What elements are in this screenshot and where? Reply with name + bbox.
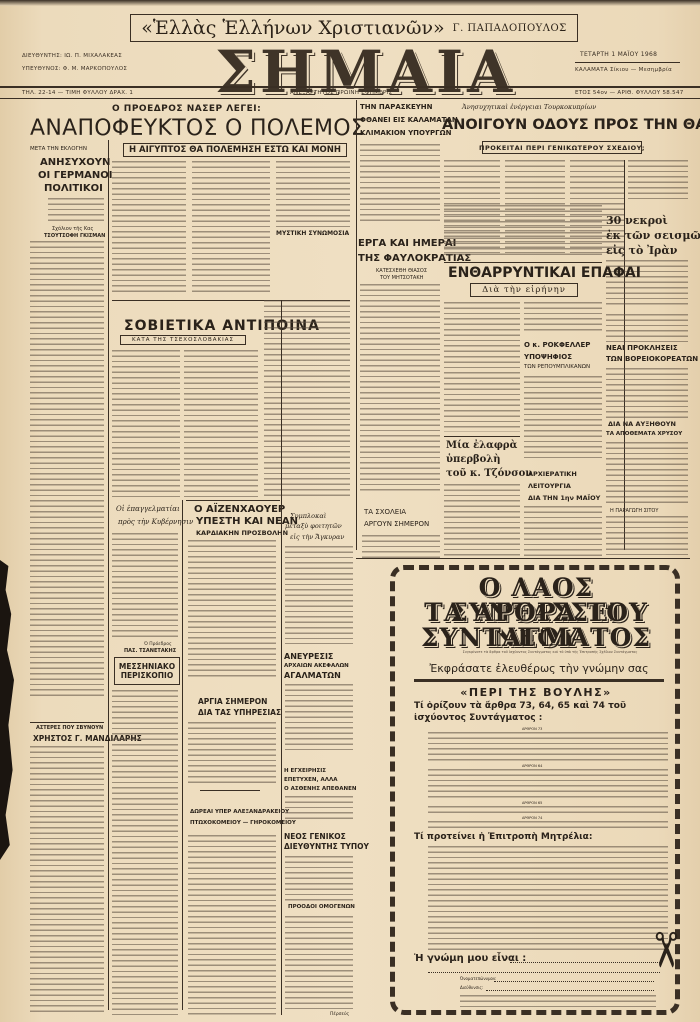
editor: ΥΠΕΥΘΥΝΟΣ: Φ. Μ. ΜΑΡΚΟΠΟΥΛΟΣ: [22, 66, 127, 72]
rockefeller-headline-3: ΤΩΝ ΡΕΠΟΥΜΠΛΙΚΑΝΩΝ: [524, 364, 590, 370]
mystic-headline: ΜΥΣΤΙΚΗ ΣΥΝΩΜΟΣΙΑ: [276, 230, 349, 237]
iran-headline-1: 30 νεκροὶ: [606, 214, 668, 227]
germans-intro: [48, 198, 104, 224]
contacts-subhead: Διὰ τὴν εἰρήνην: [482, 285, 566, 295]
advert-article-65: ΑΡΘΡΟΝ 65: [522, 801, 542, 805]
messinian-headline-1: ΜΕΣΣΗΝΙΑΚΟ: [119, 662, 175, 671]
germans-headline-2: ΟΙ ΓΕΡΜΑΝΟΙ: [38, 170, 113, 181]
statues-headline-3: ΑΓΑΛΜΑΤΩΝ: [284, 671, 341, 680]
turkish-column-4: [628, 160, 688, 200]
contacts-subhead-box: Διὰ τὴν εἰρήνην: [470, 283, 578, 297]
advert-article-65-text: [428, 806, 668, 814]
press-director-headline-1: ΝΕΟΣ ΓΕΝΙΚΟΣ: [284, 832, 346, 841]
soviet-subhead: ΚΑΤΑ ΤΗΣ ΤΣΕΧΟΣΛΟΒΑΚΙΑΣ: [132, 337, 234, 343]
professionals-headline-1: Οἱ ἐπαγγελματίαι: [116, 505, 180, 513]
holiday-headline-2: ΔΙΑ ΤΑΣ ΥΠΗΡΕΣΙΑΣ: [198, 708, 281, 717]
advert-article-73: ΑΡΘΡΟΝ 73: [522, 727, 542, 731]
donations-body: [188, 835, 276, 1015]
rockefeller-headline-1: Ο κ. ΡΟΚΦΕΛΛΕΡ: [524, 341, 590, 349]
turkish-headline: ΑΝΟΙΓΟΥΝ ΟΔΟΥΣ ΠΡΟΣ ΤΗΝ ΘΑΛΑΣΣΑΝ: [442, 117, 700, 133]
date-rule: [575, 62, 680, 63]
kalamata-body: [360, 144, 440, 224]
favoritism-subhead-2: ΤΟΥ ΜΗΤΣΟΤΑΚΗ: [380, 275, 423, 281]
statues-headline-2: ΑΡΧΑΙΩΝ ΑΚΕΦΑΛΩΝ: [284, 663, 349, 669]
progress-body: [285, 916, 353, 1011]
statues-headline-1: ΑΝΕΥΡΕΣΙΣ: [284, 652, 333, 661]
lead-headline: ΑΝΑΠΟΦΕΥΚΤΟΣ Ο ΠΟΛΕΜΟΣ: [30, 117, 365, 141]
favoritism-subhead-1: ΚΑΤΕΣΧΕΘΗ ΘΙΑΣΟΣ: [376, 268, 427, 274]
advert-article-74-text: [428, 821, 668, 829]
iran-headline-2: ἐκ τῶν σεισμῶν: [606, 229, 700, 242]
surgery-headline-2: ΕΠΕΤΥΧΕΝ, ΑΛΛΑ: [284, 777, 337, 783]
column-divider-3: [281, 300, 282, 1015]
advert-intro: Συγκρίνατε τὰ ἄρθρα τοῦ ἰσχύοντος Συντάγ…: [450, 650, 650, 655]
turkish-continued: [444, 205, 602, 259]
rockefeller-body: [524, 376, 602, 458]
students-body: [285, 546, 353, 644]
eisenhower-headline-1: Ο ΑΪΖΕΝΧΑΟΥΕΡ: [194, 504, 285, 515]
soviet-column-1: [112, 350, 180, 498]
obituary-body: [30, 746, 104, 1014]
advert-instructions: [460, 995, 656, 1009]
lead-column-3: [276, 161, 350, 227]
advert-cta-rule: [414, 679, 664, 682]
advert-article-64: ΑΡΘΡΟΝ 64: [522, 764, 542, 768]
germans-byline-1: Σχόλιον τῆς Κας: [52, 226, 93, 232]
eisenhower-headline-2: ΥΠΕΣΤΗ ΚΑΙ ΝΕΑΝ: [196, 516, 298, 527]
soviet-column-2: [184, 350, 258, 498]
lead-subhead-box: Η ΑΙΓΥΠΤΟΣ ΘΑ ΠΟΛΕΜΗΣΗ ΕΣΤΩ ΚΑΙ ΜΟΝΗ: [123, 143, 347, 157]
johnson-body: [444, 484, 520, 556]
contacts-column-2: [524, 302, 602, 332]
slogan-signature: Γ. ΠΑΠΑΔΟΠΟΥΛΟΣ: [453, 23, 567, 34]
surgery-headline-1: Η ΕΓΧΕΙΡΗΣΙΣ: [284, 768, 326, 774]
column-divider-4: [356, 100, 357, 550]
schools-body: [362, 535, 440, 559]
phone-price: ΤΗΛ. 22-14 — ΤΙΜΗ ΦΥΛΛΟΥ ΔΡΑΧ. 1: [22, 90, 133, 96]
advert-proposal-text: [428, 846, 668, 951]
students-headline-2: μεταξὺ φοιτητῶν: [285, 522, 342, 530]
germans-kicker: ΜΕΤΑ ΤΗΝ ΕΚΛΟΓΗΝ: [30, 146, 87, 152]
mystic-body: [264, 300, 350, 500]
eisenhower-rule: [186, 500, 280, 501]
tagline: ΑΝΕΞΑΡΤΗΤΟΣ ΠΡΩΙΝΗ ΕΦΗΜΕΡΙΣ: [290, 90, 392, 96]
wheat-headline: Η ΠΑΡΑΓΩΓΗ ΣΙΤΟΥ: [610, 508, 658, 514]
schools-headline-1: ΤΑ ΣΧΟΛΕΙΑ: [364, 508, 406, 516]
wheat-body: [606, 314, 688, 342]
eisenhower-headline-3: ΚΑΡΔΙΑΚΗΝ ΠΡΟΣΒΟΛΗΝ: [196, 529, 288, 537]
korea-headline-1: ΝΕΑΙ ΠΡΟΚΛΗΣΕΙΣ: [606, 344, 678, 352]
johnson-headline-3: τοῦ κ. Τζόνσον: [446, 468, 532, 479]
liturgy-body: [524, 506, 602, 556]
page-top-edge: [0, 0, 700, 6]
issue-number: ΕΤΟΣ 54ον — ΑΡΙΘ. ΦΥΛΛΟΥ 58.547: [575, 90, 684, 96]
advert-title-3: ΣΥΝΤΑΓΜΑΤΟΣ: [398, 625, 674, 650]
advert-article-74: ΑΡΘΡΟΝ 74: [522, 816, 542, 820]
johnson-headline-1: Μία ἐλαφρὰ: [446, 440, 517, 451]
gold-body: [606, 442, 688, 504]
turkish-subhead-box: ΠΡΟΚΕΙΤΑΙ ΠΕΡΙ ΓΕΝΙΚΩΤΕΡΟΥ ΣΧΕΔΙΟΥ;: [482, 141, 642, 154]
issue-date: ΤΕΤΑΡΤΗ 1 ΜΑΪΟΥ 1968: [580, 51, 657, 58]
favoritism-body: [360, 284, 440, 494]
eisenhower-body: [188, 540, 276, 680]
gold-headline-1: ΔΙΑ ΝΑ ΑΥΞΗΘΟΥΝ: [608, 420, 676, 428]
statues-body: [285, 684, 353, 754]
advert-name-label: Ὀνοματεπώνυμον:: [460, 976, 497, 981]
advert-question-2: ἰσχύοντος Συντάγματος :: [414, 713, 542, 723]
address-field[interactable]: [486, 990, 654, 991]
professionals-signature: ΠΑΣ. ΤΣΑΝΕΤΑΚΗΣ: [124, 648, 176, 654]
advert-proposal: Τί προτείνει ἡ Ἐπιτροπὴ Μητρέλια:: [414, 832, 592, 842]
location: ΚΑΛΑΜΑΤΑ Σίκιου — Μεσημβρία: [575, 67, 672, 73]
professionals-signature-label: Ὁ Πρόεδρος: [144, 642, 172, 647]
donations-headline-1: ΔΩΡΕΑΙ ΥΠΕΡ ΑΛΕΞΑΝΔΡΑΚΕΙΟΥ: [190, 809, 289, 815]
messinian-headline-2: ΠΕΡΙΣΚΟΠΙΟ: [121, 671, 173, 680]
wheat-body-2: [606, 516, 688, 556]
lead-kicker: Ο ΠΡΟΕΔΡΟΣ ΝΑΣΕΡ ΛΕΓΕΙ:: [112, 104, 261, 114]
advert-article-64-text: [428, 769, 668, 799]
director: ΔΙΕΥΘΥΝΤΗΣ: ΙΩ. Π. ΜΙΧΑΛΑΚΕΑΣ: [22, 53, 122, 59]
progress-headline: ΠΡΟΟΔΟΙ ΟΜΟΓΕΝΩΝ: [288, 904, 355, 910]
obituary-rule: [30, 722, 104, 723]
lead-subhead: Η ΑΙΓΥΠΤΟΣ ΘΑ ΠΟΛΕΜΗΣΗ ΕΣΤΩ ΚΑΙ ΜΟΝΗ: [129, 145, 341, 155]
schools-headline-2: ΑΡΓΟΥΝ ΣΗΜΕΡΟΝ: [364, 520, 429, 528]
press-director-body: [285, 856, 353, 904]
contacts-rule: [444, 262, 602, 263]
soviet-subhead-box: ΚΑΤΑ ΤΗΣ ΤΣΕΧΟΣΛΟΒΑΚΙΑΣ: [120, 335, 246, 345]
column-divider-1: [108, 140, 109, 1010]
lead-column-1: [112, 161, 186, 296]
lead-column-2: [192, 161, 270, 296]
donations-headline-2: ΠΤΩΧΟΚΟΜΕΙΟΥ — ΓΗΡΟΚΟΜΕΙΟΥ: [190, 820, 296, 826]
obituary-kicker: ΑΣΤΕΡΕΣ ΠΟΥ ΣΒΥΝΟΥΝ: [36, 725, 103, 731]
turkish-kicker: Ἀνησυχητικαὶ ἐνέργειαι Τουρκοκυπρίων: [462, 103, 596, 111]
header-rule-2: [0, 98, 700, 99]
contacts-column-1: [444, 302, 520, 432]
korea-body: [606, 368, 688, 418]
progress-signature: Πέρσεύς: [330, 1012, 349, 1017]
gold-headline-2: ΤΑ ΑΠΟΘΕΜΑΤΑ ΧΡΥΣΟΥ: [606, 431, 682, 437]
iran-headline-3: εἰς τὸ Ἰρὰν: [606, 244, 677, 257]
germans-byline-2: ΤΣΟΥΤΣΟΦΗ ΓΚΙΣΜΑΝ: [44, 233, 105, 239]
korea-headline-2: ΤΩΝ ΒΟΡΕΙΟΚΟΡΕΑΤΩΝ: [606, 355, 698, 363]
opinion-line-2[interactable]: [428, 972, 660, 973]
advert-address-label: Διεύθυνσις:: [460, 985, 483, 990]
students-headline-1: Συμπλοκαὶ: [290, 512, 326, 520]
liturgy-headline-2: ΛΕΙΤΟΥΡΓΙΑ: [528, 482, 571, 490]
advert-question-1: Τί ὁρίζουν τὰ ἄρθρα 73, 64, 65 καὶ 74 το…: [414, 701, 626, 711]
turkish-subhead: ΠΡΟΚΕΙΤΑΙ ΠΕΡΙ ΓΕΝΙΚΩΤΕΡΟΥ ΣΧΕΔΙΟΥ;: [479, 144, 645, 152]
kalamata-headline-1: ΤΗΝ ΠΑΡΑΣΚΕΥΗΝ: [360, 103, 433, 111]
surgery-headline-3: Ο ΑΣΘΕΝΗΣ ΑΠΕΘΑΝΕΝ: [284, 786, 356, 792]
advert-section: «ΠΕΡΙ ΤΗΣ ΒΟΥΛΗΣ»: [398, 686, 674, 699]
rockefeller-headline-2: ΥΠΟΨΗΦΙΟΣ: [524, 353, 572, 361]
messinian-box: ΜΕΣΣΗΝΙΑΚΟ ΠΕΡΙΣΚΟΠΙΟ: [114, 657, 180, 685]
kalamata-headline-3: ΚΛΙΜΑΚΙΟΝ ΥΠΟΥΡΓΩΝ: [360, 129, 451, 137]
surgery-body: [285, 796, 353, 822]
advert-article-73-text: [428, 732, 668, 762]
column-divider-2: [182, 500, 183, 1010]
germans-body: [30, 241, 104, 696]
press-director-headline-2: ΔΙΕΥΘΥΝΤΗΣ ΤΥΠΟΥ: [284, 842, 369, 851]
germans-headline-1: ΑΝΗΣΥΧΟΥΝ: [40, 157, 110, 168]
advert-top-rule: [356, 558, 690, 559]
favoritism-headline-1: ΕΡΓΑ ΚΑΙ ΗΜΕΡΑΙ: [358, 238, 456, 249]
holiday-headline-1: ΑΡΓΙΑ ΣΗΜΕΡΟΝ: [198, 697, 267, 706]
advert-cta: Ἐκφράσατε ἐλευθέρως τὴν γνώμην σας: [414, 662, 664, 675]
liturgy-headline-3: ΔΙΑ ΤΗΝ 1ην ΜΑΪΟΥ: [528, 494, 600, 502]
johnson-headline-2: ὑπερβολὴ: [446, 454, 501, 465]
professionals-body: [112, 533, 178, 641]
germans-headline-3: ΠΟΛΙΤΙΚΟΙ: [44, 183, 103, 194]
name-field[interactable]: [494, 981, 654, 982]
header-rule: [0, 86, 700, 88]
holiday-body: [188, 722, 276, 786]
professionals-headline-2: πρὸς τὴν Κυβέρνησιν: [118, 518, 193, 526]
scissors-icon: ✂: [637, 930, 693, 970]
contacts-headline: ΕΝΘΑΡΡΥΝΤΙΚΑΙ ΕΠΑΦΑΙ: [448, 265, 641, 281]
messinian-body: [112, 690, 178, 1015]
students-headline-3: εἰς τὴν Ἄγκυραν: [290, 533, 344, 541]
donations-rule: [200, 790, 260, 791]
johnson-rule: [444, 436, 520, 437]
liturgy-headline-1: ΑΡΧΙΕΡΑΤΙΚΗ: [528, 470, 577, 478]
slogan: «Ἑλλὰς Ἑλλήνων Χριστιανῶν»: [141, 17, 444, 39]
